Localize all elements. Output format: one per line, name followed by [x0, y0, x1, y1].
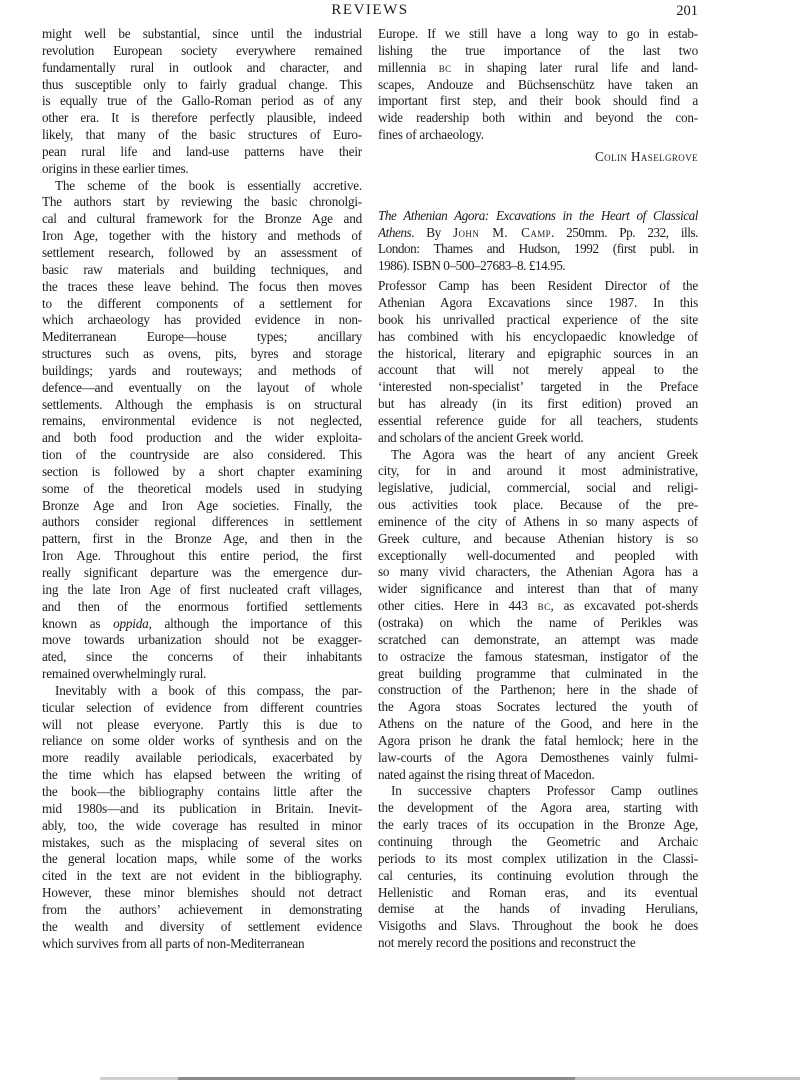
scan-artifact-segment	[575, 1077, 800, 1080]
text-line: continuing through the Geometric and Arc…	[378, 834, 698, 851]
scan-artifact-segment	[100, 1077, 178, 1080]
text-line: Athens on the nature of the Good, and he…	[378, 716, 698, 733]
paragraph: might well be substantial, since until t…	[42, 26, 362, 178]
text-line: more readily available periodicals, exac…	[42, 750, 362, 767]
text-line: ably, too, the wide coverage has resulte…	[42, 818, 362, 835]
text-line: not merely record the positions and reco…	[378, 935, 698, 952]
text-line: to the different components of a settlem…	[42, 296, 362, 313]
text-line: which archaeology has provided evidence …	[42, 312, 362, 329]
text-line: the development of the Agora area, start…	[378, 800, 698, 817]
text-line: structures such as ovens, pits, byres an…	[42, 346, 362, 363]
text-line: remains, environmental evidence is not n…	[42, 413, 362, 430]
text-line: origins in these earlier times.	[42, 161, 362, 178]
text-line: nated against the rising threat of Maced…	[378, 767, 698, 784]
text-line: However, these minor blemishes should no…	[42, 885, 362, 902]
text-line: the book—the bibliography contains littl…	[42, 784, 362, 801]
text-line: Colin Haselgrove	[378, 149, 698, 166]
text-line: other cities. Here in 443 bc, as excavat…	[378, 598, 698, 615]
page-number: 201	[676, 3, 698, 20]
text-line: remained overwhelmingly rural.	[42, 666, 362, 683]
text-line: to ostracize the famous statesman, insti…	[378, 649, 698, 666]
text-line: fundamentally rural in outlook and chara…	[42, 60, 362, 77]
text-line: might well be substantial, since until t…	[42, 26, 362, 43]
text-line: reliance on some older works of synthesi…	[42, 733, 362, 750]
text-line: law-courts of the Agora Demosthenes vain…	[378, 750, 698, 767]
text-line: lishing the true importance of the last …	[378, 43, 698, 60]
text-line: Inevitably with a book of this compass, …	[42, 683, 362, 700]
text-line: Athenian Agora Excavations since 1987. I…	[378, 295, 698, 312]
text-line: 1986). ISBN 0–500–27683–8. £14.95.	[378, 258, 698, 275]
text-line: The scheme of the book is essentially ac…	[42, 178, 362, 195]
paragraph: Europe. If we still have a long way to g…	[378, 26, 698, 144]
text-line: has combined with his encyclopaedic know…	[378, 329, 698, 346]
text-line: legislative, judicial, commercial, socia…	[378, 480, 698, 497]
text-line: other era. It is therefore perfectly pla…	[42, 110, 362, 127]
text-line: the traces these leave behind. The focus…	[42, 279, 362, 296]
text-line: and then of the enormous fortified settl…	[42, 599, 362, 616]
text-line: book his unrivalled practical experience…	[378, 312, 698, 329]
text-line: settlements. Although the emphasis is on…	[42, 397, 362, 414]
text-line: so many vivid characters, the Athenian A…	[378, 564, 698, 581]
text-line: (ostraka) on which the name of Perikles …	[378, 615, 698, 632]
text-line: ated, since the concerns of their inhabi…	[42, 649, 362, 666]
text-line: essential reference guide for all teache…	[378, 413, 698, 430]
reviewer-signature: Colin Haselgrove	[378, 149, 698, 166]
text-line: Europe. If we still have a long way to g…	[378, 26, 698, 43]
text-line: mistakes, such as the misplacing of seve…	[42, 835, 362, 852]
paragraph: In successive chapters Professor Camp ou…	[378, 783, 698, 951]
text-line: revolution European society everywhere r…	[42, 43, 362, 60]
text-line: ing the late Iron Age of first nucleated…	[42, 582, 362, 599]
text-line: demise at the hands of invading Herulian…	[378, 901, 698, 918]
text-line: buildings; yards and routeways; and meth…	[42, 363, 362, 380]
text-line: ous activities took place. Because of th…	[378, 497, 698, 514]
text-line: wider significance and interest than tha…	[378, 581, 698, 598]
text-line: from the authors’ achievement in demonst…	[42, 902, 362, 919]
text-line: London: Thames and Hudson, 1992 (first p…	[378, 241, 698, 258]
text-line: Bronze Age and Iron Age societies. Final…	[42, 498, 362, 515]
text-line: fines of archaeology.	[378, 127, 698, 144]
text-line: scratched can demonstrate, an attempt wa…	[378, 632, 698, 649]
text-line: ticular selection of evidence from diffe…	[42, 700, 362, 717]
text-line: pattern, first in the Bronze Age, and th…	[42, 531, 362, 548]
text-line: cal and cultural framework for the Bronz…	[42, 211, 362, 228]
text-line: the wealth and diversity of settlement e…	[42, 919, 362, 936]
text-line: but has already (in its first edition) p…	[378, 396, 698, 413]
text-line: and both food production and the wider e…	[42, 430, 362, 447]
text-line: tion of the countryside are also conside…	[42, 447, 362, 464]
text-line: cal centuries, its continuing evolution …	[378, 868, 698, 885]
text-line: pean rural life and land-use patterns ha…	[42, 144, 362, 161]
text-line: mid 1980s—and its publication in Britain…	[42, 801, 362, 818]
text-line: really significant departure was the eme…	[42, 565, 362, 582]
text-line: construction of the Parthenon; here in t…	[378, 682, 698, 699]
text-line: basic raw materials and building techniq…	[42, 262, 362, 279]
text-line: move towards urbanization should not be …	[42, 632, 362, 649]
journal-page: { "header": { "title": "REVIEWS", "page_…	[0, 0, 800, 1082]
paragraph: Inevitably with a book of this compass, …	[42, 683, 362, 953]
text-line: Iron Age. Throughout this entire period,…	[42, 548, 362, 565]
text-line: will not please everyone. Partly this is…	[42, 717, 362, 734]
text-line: the time which has elapsed between the w…	[42, 767, 362, 784]
text-line: which survives from all parts of non-Med…	[42, 936, 362, 953]
text-line: city, for in and around it most administ…	[378, 463, 698, 480]
text-line: section is followed by a short chapter e…	[42, 464, 362, 481]
text-line: wide readership both within and beyond t…	[378, 110, 698, 127]
text-line: defence—and eventually on the layout of …	[42, 380, 362, 397]
text-line: Visigoths and Slavs. Throughout the book…	[378, 918, 698, 935]
text-line: the general location maps, while some of…	[42, 851, 362, 868]
text-line: is equally true of the Gallo-Roman perio…	[42, 93, 362, 110]
running-head: REVIEWS	[42, 2, 698, 19]
book-citation: The Athenian Agora: Excavations in the H…	[378, 208, 698, 275]
text-line: account that will not merely appeal to t…	[378, 362, 698, 379]
text-line: great building programme that culminated…	[378, 666, 698, 683]
text-line: Agora prison he drank the fatal hemlock;…	[378, 733, 698, 750]
text-line: Athens. By John M. Camp. 250mm. Pp. 232,…	[378, 225, 698, 242]
text-line: The authors start by reviewing the basic…	[42, 194, 362, 211]
text-line: the Agora stoas Socrates lectured the yo…	[378, 699, 698, 716]
text-line: periods to its most complex utilization …	[378, 851, 698, 868]
text-column-right: Europe. If we still have a long way to g…	[378, 26, 698, 952]
text-line: known as oppida, although the importance…	[42, 616, 362, 633]
text-line: Professor Camp has been Resident Directo…	[378, 278, 698, 295]
text-line: the historical, literary and epigraphic …	[378, 346, 698, 363]
scan-artifact-segment	[178, 1077, 575, 1080]
text-line: important first step, and their book sho…	[378, 93, 698, 110]
paragraph: The scheme of the book is essentially ac…	[42, 178, 362, 683]
text-line: Greek culture, and because Athenian hist…	[378, 531, 698, 548]
page-header: REVIEWS 201	[42, 2, 698, 22]
text-line: exceptionally well-documented and people…	[378, 548, 698, 565]
text-line: The Athenian Agora: Excavations in the H…	[378, 208, 698, 225]
text-line: and scholars of the ancient Greek world.	[378, 430, 698, 447]
text-line: cited in the text are not evident in the…	[42, 868, 362, 885]
paragraph: Professor Camp has been Resident Directo…	[378, 278, 698, 446]
text-line: authors consider regional differences in…	[42, 514, 362, 531]
text-line: settlement research, followed by an asse…	[42, 245, 362, 262]
text-line: likely, that many of the basic structure…	[42, 127, 362, 144]
text-line: Iron Age, together with the history and …	[42, 228, 362, 245]
text-line: ‘interested non-specialist’ targeted in …	[378, 379, 698, 396]
text-line: thus susceptible only to fairly gradual …	[42, 77, 362, 94]
paragraph: The Agora was the heart of any ancient G…	[378, 447, 698, 784]
text-line: In successive chapters Professor Camp ou…	[378, 783, 698, 800]
text-line: the early traces of its occupation in th…	[378, 817, 698, 834]
text-line: Hellenistic and Roman eras, and its even…	[378, 885, 698, 902]
text-line: Mediterranean Europe—house types; ancill…	[42, 329, 362, 346]
text-line: some of the theoretical models used in s…	[42, 481, 362, 498]
text-line: The Agora was the heart of any ancient G…	[378, 447, 698, 464]
text-line: eminence of the city of Athens in so man…	[378, 514, 698, 531]
text-column-left: might well be substantial, since until t…	[42, 26, 362, 952]
text-line: scapes, Andouze and Büchsenschütz have t…	[378, 77, 698, 94]
text-line: millennia bc in shaping later rural life…	[378, 60, 698, 77]
